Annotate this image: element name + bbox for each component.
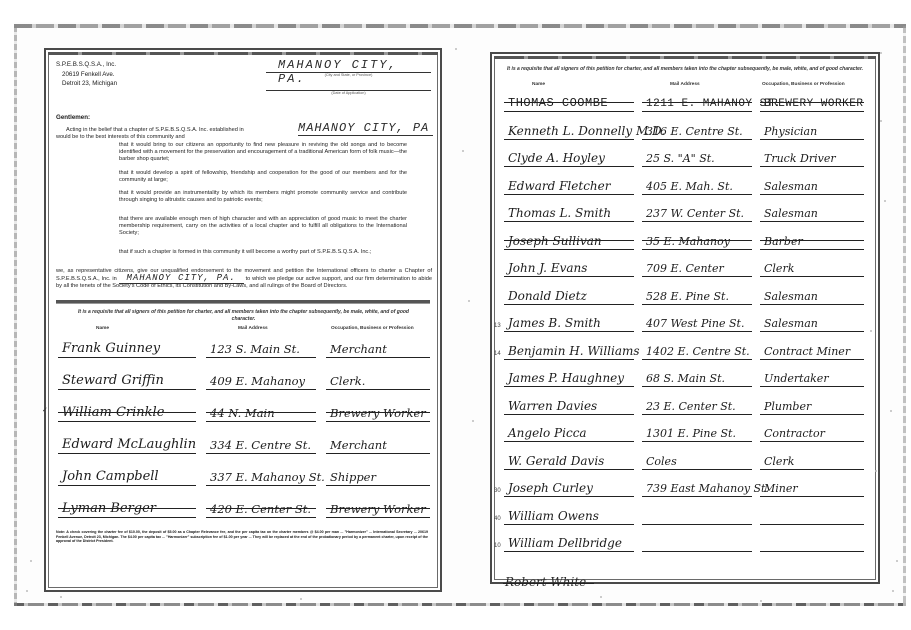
signer-address: 528 E. Pine St.: [642, 282, 752, 305]
column-header-name: Name: [532, 82, 545, 87]
signer-name: William Dellbridge: [504, 529, 634, 552]
signer-occupation: Contract Miner: [760, 337, 864, 360]
signer-address: 409 E. Mahanoy: [206, 367, 316, 390]
signer-address-text: 35 E. Mahanoy: [646, 235, 730, 248]
signer-address: 35 E. Mahanoy: [642, 227, 752, 250]
signer-occupation-text: Brewery Worker: [330, 406, 426, 420]
org-name: S.P.E.B.S.Q.S.A., Inc.: [56, 60, 117, 70]
signer-address-text: 123 S. Main St.: [210, 342, 300, 356]
column-header-occupation: Occupation, Business or Profession: [762, 82, 845, 87]
scan-speckle: [468, 300, 470, 302]
signer-occupation-text: Plumber: [764, 400, 811, 413]
signer-name-text: W. Gerald Davis: [508, 454, 604, 468]
scan-speckle: [455, 48, 457, 50]
scan-speckle: [880, 52, 882, 54]
signer-occupation-text: Clerk: [764, 262, 794, 275]
signer-address-text: 409 E. Mahanoy: [210, 374, 305, 388]
signer-occupation: Salesman: [760, 172, 864, 195]
signer-row: William Dellbridge10: [504, 530, 866, 552]
signer-occupation: Barber: [760, 227, 864, 250]
signer-address-text: 405 E. Mah. St.: [646, 180, 733, 193]
signer-address: Coles: [642, 447, 752, 470]
scan-speckle: [870, 330, 872, 332]
signer-name-text: William Dellbridge: [508, 536, 622, 550]
signer-occupation-text: Salesman: [764, 317, 818, 330]
signer-address: [642, 529, 752, 552]
signer-name: Benjamin H. Williams: [504, 337, 634, 360]
signer-occupation-text: Undertaker: [764, 372, 829, 385]
signer-address: 237 W. Center St.: [642, 199, 752, 222]
signer-name-text: Edward Fletcher: [508, 179, 610, 193]
signer-row: Frank Guinney123 S. Main St.Merchant: [58, 336, 428, 358]
signer-occupation: Miner: [760, 474, 864, 497]
signer-address-text: 44 N. Main: [210, 406, 275, 420]
signer-occupation-text: Barber: [764, 235, 803, 248]
sheet-edge-top: [14, 24, 906, 28]
signer-row: John Campbell337 E. Mahanoy St.Shipper: [58, 464, 428, 486]
signer-address: 1211 E. MAHANOY ST.: [642, 89, 752, 112]
signer-address: 1402 E. Centre St.: [642, 337, 752, 360]
signer-address-text: 23 E. Center St.: [646, 400, 736, 413]
signer-address-text: 739 East Mahanoy St.: [646, 482, 769, 495]
signer-row: Angelo Picca1301 E. Pine St.Contractor: [504, 420, 866, 442]
signer-name: James B. Smith: [504, 309, 634, 332]
signer-name-text: Edward McLaughlin: [62, 437, 196, 452]
signer-occupation: Physician: [760, 117, 864, 140]
signer-address-text: 1301 E. Pine St.: [646, 427, 736, 440]
signer-occupation: Salesman: [760, 309, 864, 332]
signer-name-text: Warren Davies: [508, 399, 597, 413]
signer-occupation-text: Salesman: [764, 207, 818, 220]
signer-address: 316 E. Centre St.: [642, 117, 752, 140]
signer-name-text: Clyde A. Hoyley: [508, 151, 605, 165]
clause-5: that if such a chapter is formed in this…: [119, 249, 407, 256]
signer-address: 709 E. Center: [642, 254, 752, 277]
signer-address-text: Coles: [646, 455, 677, 468]
signer-occupation: Salesman: [760, 199, 864, 222]
signer-name: W. Gerald Davis: [504, 447, 634, 470]
signer-row: Thomas L. Smith237 W. Center St.Salesman: [504, 200, 866, 222]
org-address: S.P.E.B.S.Q.S.A., Inc. 20619 Fenkell Ave…: [56, 60, 117, 89]
signer-name: Steward Griffin: [58, 367, 196, 390]
signer-row: Donald Dietz528 E. Pine St.Salesman: [504, 283, 866, 305]
signer-occupation-text: Merchant: [330, 342, 387, 356]
signer-occupation-text: Miner: [764, 482, 798, 495]
signer-occupation-text: Shipper: [330, 470, 376, 484]
signer-row: Edward Fletcher405 E. Mah. St.Salesman: [504, 173, 866, 195]
signer-occupation: Clerk: [760, 254, 864, 277]
signer-address-text: 316 E. Centre St.: [646, 125, 743, 138]
signer-address: 44 N. Main: [206, 399, 316, 422]
clause-4: that there are available enough men of h…: [119, 216, 407, 238]
requisite-notice: It is a requisite that all signers of th…: [507, 66, 863, 73]
signer-address: 407 West Pine St.: [642, 309, 752, 332]
scan-speckle: [30, 560, 32, 562]
signer-occupation-text: Salesman: [764, 290, 818, 303]
intro-text: Acting in the belief that a chapter of S…: [56, 127, 244, 133]
signer-name-text: Joseph Sullivan: [508, 234, 602, 248]
signer-address-text: 25 S. "A" St.: [646, 152, 715, 165]
signer-name-text: Angelo Picca: [508, 426, 587, 440]
signer-name: James P. Haughney: [504, 364, 634, 387]
signer-name-text: William Crinkle: [62, 405, 164, 420]
signer-name: John J. Evans: [504, 254, 634, 277]
signer-occupation: Merchant: [326, 335, 430, 358]
signer-row: Joseph Sullivan35 E. MahanoyBarber: [504, 228, 866, 250]
signer-name-text: John Campbell: [62, 469, 159, 484]
signer-name-text: Joseph Curley: [508, 481, 593, 495]
row-number: 14: [494, 351, 501, 357]
clause-3: that it would provide an instrumentality…: [119, 190, 407, 204]
signer-name: Thomas L. Smith: [504, 199, 634, 222]
signer-name: Warren Davies: [504, 392, 634, 415]
signer-name: Frank Guinney: [58, 335, 196, 358]
signer-occupation: [760, 502, 864, 525]
requisite-notice: It is a requisite that all signers of th…: [66, 309, 421, 323]
signer-name-text: Frank Guinney: [62, 341, 160, 356]
column-header-address: Mail Address: [670, 82, 700, 87]
signer-occupation: BREWERY WORKER: [760, 89, 864, 112]
signer-occupation: Clerk: [760, 447, 864, 470]
scan-speckle: [890, 410, 892, 412]
scan-speckle: [472, 420, 474, 422]
signer-name: Edward Fletcher: [504, 172, 634, 195]
signer-row: Lyman Berger420 E. Center St.Brewery Wor…: [58, 496, 428, 518]
scan-speckle: [26, 590, 28, 592]
signer-name: William Crinkle: [58, 399, 196, 422]
signer-name: THOMAS COOMBE: [504, 89, 634, 112]
date-caption: (Date of Application): [266, 91, 431, 95]
signer-address-text: 407 West Pine St.: [646, 317, 744, 330]
city-state-value: MAHANOY CITY, PA.: [266, 58, 431, 72]
row-number: 13: [494, 323, 501, 329]
scan-speckle: [884, 200, 886, 202]
signer-occupation: Truck Driver: [760, 144, 864, 167]
row-number: 40: [494, 516, 501, 522]
signer-address-text: 68 S. Main St.: [646, 372, 725, 385]
signer-address: 420 E. Center St.: [206, 495, 316, 518]
signer-address: 739 East Mahanoy St.: [642, 474, 752, 497]
signer-address: 1301 E. Pine St.: [642, 419, 752, 442]
intro-city-value: MAHANOY CITY, PA: [298, 121, 433, 136]
intro-tail: would be to the best interests of this c…: [56, 134, 185, 140]
signer-name: Angelo Picca: [504, 419, 634, 442]
signer-row: THOMAS COOMBE1211 E. MAHANOY ST.BREWERY …: [504, 90, 866, 112]
salutation: Gentlemen:: [56, 114, 90, 121]
scan-speckle: [880, 120, 882, 122]
signer-address: [642, 502, 752, 525]
signer-name-text: Lyman Berger: [62, 501, 156, 516]
signer-row: James P. Haughney68 S. Main St.Undertake…: [504, 365, 866, 387]
signer-row: Warren Davies23 E. Center St.Plumber: [504, 393, 866, 415]
signer-address-text: 1402 E. Centre St.: [646, 345, 750, 358]
signer-occupation: Brewery Worker: [326, 399, 430, 422]
signer-name: Joseph Sullivan: [504, 227, 634, 250]
signer-name-text: James B. Smith: [508, 316, 601, 330]
signer-occupation-text: Brewery Worker: [330, 502, 426, 516]
scan-speckle: [892, 590, 894, 592]
signer-name: Clyde A. Hoyley: [504, 144, 634, 167]
signer-address-text: 420 E. Center St.: [210, 502, 311, 516]
signer-name-text: THOMAS COOMBE: [508, 96, 608, 110]
sheet-edge-left: [14, 26, 17, 606]
signer-name-text: Donald Dietz: [508, 289, 587, 303]
signer-row: William Crinkle44 N. MainBrewery Worker✓: [58, 400, 428, 422]
petition-page-right: It is a requisite that all signers of th…: [490, 52, 880, 584]
signer-occupation-text: Physician: [764, 125, 817, 138]
org-city: Detroit 23, Michigan: [56, 79, 117, 89]
row-number: 10: [494, 543, 501, 549]
signer-name: Joseph Curley: [504, 474, 634, 497]
signer-occupation: Contractor: [760, 419, 864, 442]
signer-occupation-text: Merchant: [330, 438, 387, 452]
endorsement-paragraph: we, as representative citizens, give our…: [56, 268, 432, 291]
signer-address-text: 337 E. Mahanoy St.: [210, 470, 325, 484]
signer-occupation: Shipper: [326, 463, 430, 486]
signer-name-text: Steward Griffin: [62, 373, 164, 388]
signer-address: 405 E. Mah. St.: [642, 172, 752, 195]
signer-row: Kenneth L. Donnelly M.D.316 E. Centre St…: [504, 118, 866, 140]
signer-occupation: Brewery Worker: [326, 495, 430, 518]
signer-name-text: John J. Evans: [508, 261, 587, 275]
row-number: 30: [494, 488, 501, 494]
scan-speckle: [760, 600, 762, 602]
signer-address: 25 S. "A" St.: [642, 144, 752, 167]
signer-name: Edward McLaughlin: [58, 431, 196, 454]
signer-occupation: Salesman: [760, 282, 864, 305]
signer-occupation-text: Clerk.: [330, 374, 365, 388]
signer-row: Benjamin H. Williams1402 E. Centre St.Co…: [504, 338, 866, 360]
scan-speckle: [300, 598, 302, 600]
signer-name: Kenneth L. Donnelly M.D.: [504, 117, 634, 140]
clause-2: that it would develop a spirit of fellow…: [119, 170, 407, 184]
checkmark-icon: ✓: [42, 406, 48, 414]
signer-address-text: 709 E. Center: [646, 262, 724, 275]
date-of-application-field: (Date of Application): [266, 90, 431, 95]
signer-occupation-text: Clerk: [764, 455, 794, 468]
signer-address: 68 S. Main St.: [642, 364, 752, 387]
signer-occupation-text: Contract Miner: [764, 345, 850, 358]
petition-page-left: S.P.E.B.S.Q.S.A., Inc. 20619 Fenkell Ave…: [44, 48, 442, 592]
scan-speckle: [896, 560, 898, 562]
signer-occupation: Merchant: [326, 431, 430, 454]
signer-name-text: Thomas L. Smith: [508, 206, 611, 220]
scan-speckle: [600, 596, 602, 598]
signer-row: Edward McLaughlin334 E. Centre St.Mercha…: [58, 432, 428, 454]
scan-speckle: [875, 470, 877, 472]
signer-occupation: Clerk.: [326, 367, 430, 390]
scan-speckle: [462, 150, 464, 152]
signer-address: 123 S. Main St.: [206, 335, 316, 358]
frame-rule: [48, 52, 438, 55]
signer-occupation-text: Contractor: [764, 427, 825, 440]
signer-occupation: [760, 529, 864, 552]
signer-address: 334 E. Centre St.: [206, 431, 316, 454]
signer-name-text: Benjamin H. Williams: [508, 344, 640, 358]
signer-occupation: Undertaker: [760, 364, 864, 387]
signer-row: W. Gerald DavisColesClerk: [504, 448, 866, 470]
city-state-field: MAHANOY CITY, PA. (City and State, or Pr…: [266, 58, 431, 77]
signer-occupation-text: Truck Driver: [764, 152, 836, 165]
section-divider: [56, 300, 430, 304]
signer-name: William Owens: [504, 502, 634, 525]
signer-address: 23 E. Center St.: [642, 392, 752, 415]
column-header-address: Mail Address: [238, 326, 268, 331]
signer-row: John J. Evans709 E. CenterClerk: [504, 255, 866, 277]
signer-row: Joseph Curley739 East Mahanoy St.Miner30: [504, 475, 866, 497]
frame-rule: [494, 56, 876, 59]
clause-1: that it would bring to our citizens an o…: [119, 142, 407, 164]
column-header-occupation: Occupation, Business or Profession: [331, 326, 414, 331]
footnote: Note: A check covering the charter fee o…: [56, 530, 428, 544]
signer-name: John Campbell: [58, 463, 196, 486]
signer-occupation: Plumber: [760, 392, 864, 415]
sheet-edge-right: [903, 26, 906, 606]
signer-row: William Owens40: [504, 503, 866, 525]
signer-name: Donald Dietz: [504, 282, 634, 305]
signer-row: James B. Smith407 West Pine St.Salesman1…: [504, 310, 866, 332]
sheet-edge-bottom: [14, 603, 906, 606]
signer-occupation-text: Salesman: [764, 180, 818, 193]
signer-name-text: James P. Haughney: [508, 371, 624, 385]
signer-address-text: 334 E. Centre St.: [210, 438, 311, 452]
overflow-signature: Robert White: [505, 575, 586, 589]
signer-address: 337 E. Mahanoy St.: [206, 463, 316, 486]
column-header-name: Name: [96, 326, 109, 331]
signer-name: Lyman Berger: [58, 495, 196, 518]
scan-speckle: [60, 596, 62, 598]
org-street: 20619 Fenkell Ave.: [56, 70, 117, 80]
signer-address-text: 237 W. Center St.: [646, 207, 744, 220]
signer-name-text: William Owens: [508, 509, 599, 523]
signer-row: Clyde A. Hoyley25 S. "A" St.Truck Driver: [504, 145, 866, 167]
signer-row: Steward Griffin409 E. MahanoyClerk.: [58, 368, 428, 390]
signer-occupation-text: BREWERY WORKER: [764, 98, 863, 110]
signer-address-text: 528 E. Pine St.: [646, 290, 729, 303]
